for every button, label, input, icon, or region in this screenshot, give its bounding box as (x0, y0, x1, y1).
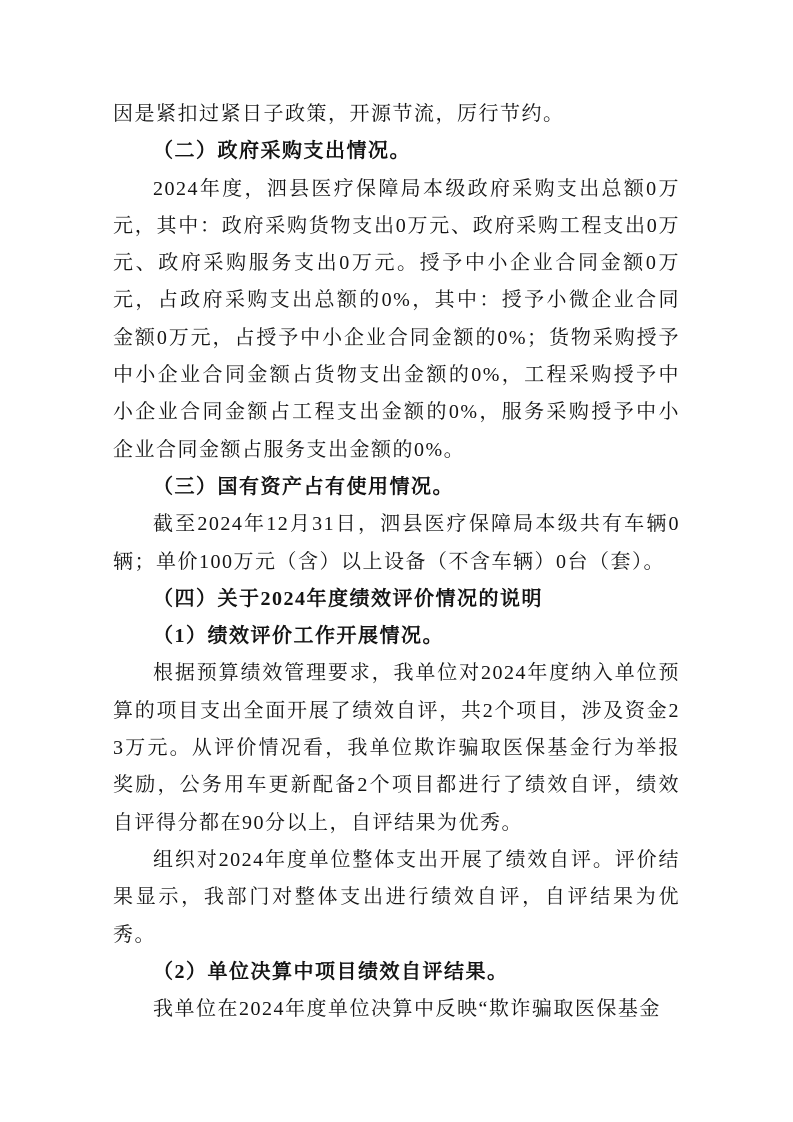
heading-section-4-performance-evaluation: （四）关于2024年度绩效评价情况的说明 (113, 581, 680, 618)
paragraph-procurement-expenditure-details: 2024年度，泗县医疗保障局本级政府采购支出总额0万元，其中：政府采购货物支出0… (113, 171, 680, 469)
document-page: 因是紧扣过紧日子政策，开源节流，厉行节约。 （二）政府采购支出情况。 2024年… (0, 0, 793, 1122)
heading-subsection-2-final-accounts-results: （2）单位决算中项目绩效自评结果。 (113, 954, 680, 991)
heading-section-2-government-procurement: （二）政府采购支出情况。 (113, 133, 680, 170)
paragraph-continuation-tight-budget-policy: 因是紧扣过紧日子政策，开源节流，厉行节约。 (113, 96, 680, 133)
paragraph-final-accounts-truncated: 我单位在2024年度单位决算中反映“欺诈骗取医保基金 (113, 991, 680, 1028)
paragraph-overall-expenditure-self-evaluation: 组织对2024年度单位整体支出开展了绩效自评。评价结果显示，我部门对整体支出进行… (113, 842, 680, 954)
heading-section-3-state-assets: （三）国有资产占有使用情况。 (113, 469, 680, 506)
paragraph-project-self-evaluation: 根据预算绩效管理要求，我单位对2024年度纳入单位预算的项目支出全面开展了绩效自… (113, 655, 680, 841)
paragraph-state-assets-details: 截至2024年12月31日，泗县医疗保障局本级共有车辆0辆；单价100万元（含）… (113, 506, 680, 581)
heading-subsection-1-evaluation-work: （1）绩效评价工作开展情况。 (113, 618, 680, 655)
